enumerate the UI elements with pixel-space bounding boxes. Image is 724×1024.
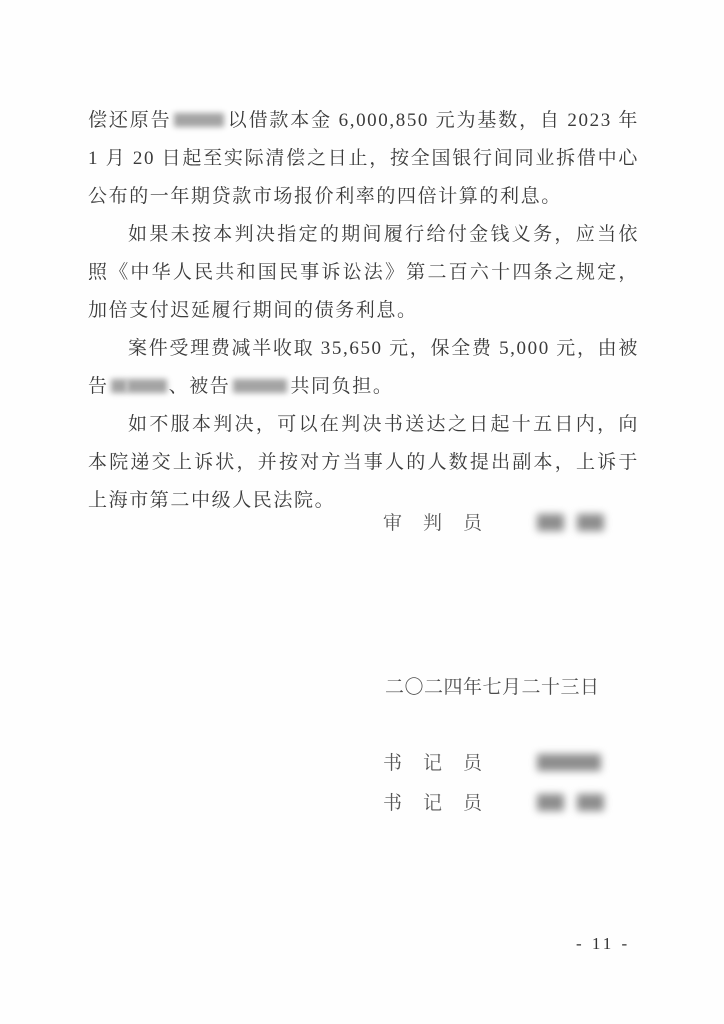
redacted-plaintiff-name xyxy=(174,113,224,127)
judge-signature-line: 审 判 员 xyxy=(383,513,604,535)
paragraph-appeal-instructions: 如不服本判决，可以在判决书送达之日起十五日内，向本院递交上诉状，并按对方当事人的… xyxy=(88,406,639,520)
clerk2-signature-line: 书 记 员 xyxy=(383,793,604,815)
paragraph-interest-calculation: 偿还原告以借款本金 6,000,850 元为基数，自 2023 年 1 月 20… xyxy=(88,102,639,216)
redacted-clerk1-name xyxy=(537,754,601,771)
redacted-defendant2-name xyxy=(233,379,287,393)
redacted-clerk2-name-char1 xyxy=(537,794,564,811)
clerk1-label: 书 记 员 xyxy=(383,753,483,774)
fees-text-2: 、被告 xyxy=(169,376,231,397)
judgment-document-page: 偿还原告以借款本金 6,000,850 元为基数，自 2023 年 1 月 20… xyxy=(0,0,724,1024)
redacted-defendant1-name-part2 xyxy=(127,379,167,393)
redacted-defendant1-name-part1 xyxy=(111,379,127,393)
redacted-clerk2-name-char2 xyxy=(577,794,604,811)
redacted-judge-name-char2 xyxy=(577,514,604,531)
judge-label: 审 判 员 xyxy=(383,513,483,534)
redacted-judge-name-char1 xyxy=(537,514,564,531)
judge-name-redacted xyxy=(537,513,604,535)
clerk2-label: 书 记 员 xyxy=(383,793,483,814)
judgment-date: 二〇二四年七月二十三日 xyxy=(385,672,600,699)
clerk1-signature-line: 书 记 员 xyxy=(383,753,601,775)
fees-text-3: 共同负担。 xyxy=(290,376,393,397)
clerk1-name-redacted xyxy=(537,753,601,775)
page-number: - 11 - xyxy=(576,934,630,954)
judgment-body-text: 偿还原告以借款本金 6,000,850 元为基数，自 2023 年 1 月 20… xyxy=(88,102,639,520)
clerk2-name-redacted xyxy=(537,793,604,815)
paragraph-late-performance-penalty: 如果未按本判决指定的期间履行给付金钱义务，应当依照《中华人民共和国民事诉讼法》第… xyxy=(88,216,639,330)
interest-text-before: 偿还原告 xyxy=(88,110,171,131)
paragraph-court-fees: 案件受理费减半收取 35,650 元，保全费 5,000 元，由被告、被告共同负… xyxy=(88,330,639,406)
